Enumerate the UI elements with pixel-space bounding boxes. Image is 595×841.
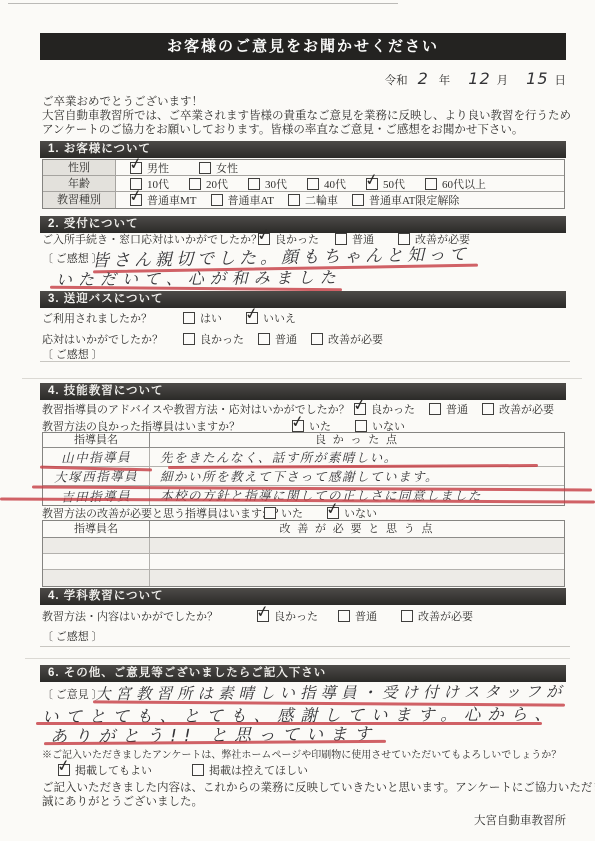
customer-info-table: 性別 男性 女性 年齢 10代 20代 30代 40代 50代 60代以上 教習… — [42, 159, 565, 209]
intro-line-1: ご卒業おめでとうございます！ — [42, 95, 571, 109]
checkbox-icon[interactable] — [354, 403, 366, 415]
bus-service-question: 応対はいかがでしたか？ 良かった 普通 改善が必要 — [42, 331, 383, 347]
section-header-customer: 1. お客様について — [40, 141, 566, 158]
checkbox-icon[interactable] — [183, 333, 195, 345]
checkbox-icon[interactable] — [189, 178, 201, 190]
intro-line-2: 大宮自動車教習所では、ご卒業されます皆様の貴重なご意見を業務に反映し、より良い教… — [42, 109, 571, 123]
checkbox-icon[interactable] — [311, 333, 323, 345]
bus-used-question: ご利用されましたか？ はい いいえ — [42, 310, 296, 326]
checkbox-icon[interactable] — [429, 403, 441, 415]
table-row-empty[interactable] — [43, 570, 564, 586]
academic-question: 教習方法・内容はいかがでしたか？ 良かった 普通 改善が必要 — [42, 608, 473, 624]
improve-instructor-label: 教習方法の改善が必要と思う指導員はいますか？ — [42, 505, 264, 521]
checkbox-icon[interactable] — [130, 162, 142, 174]
option-skill-improve[interactable]: 改善が必要 — [482, 401, 554, 417]
scanned-questionnaire-page: お客様のご意見をお聞かせください 令和 2 年 12 月 15 日 ご卒業おめで… — [0, 0, 595, 841]
scan-artifact-line — [8, 3, 398, 4]
date-day-unit: 日 — [555, 72, 567, 88]
intro-paragraph: ご卒業おめでとうございます！ 大宮自動車教習所では、ご卒業されます皆様の貴重なご… — [42, 95, 571, 137]
checkbox-icon[interactable] — [366, 178, 378, 190]
school-signature: 大宮自動車教習所 — [380, 812, 566, 828]
option-academic-normal[interactable]: 普通 — [338, 608, 377, 624]
option-age-20s[interactable]: 20代 — [189, 176, 228, 192]
date-month-unit: 月 — [497, 72, 509, 88]
checkbox-icon[interactable] — [288, 194, 300, 206]
column-header-instructor-name: 指導員名 — [43, 521, 150, 537]
improve-instructor-question: 教習方法の改善が必要と思う指導員はいますか？ いた いない — [42, 505, 377, 521]
option-academic-improve[interactable]: 改善が必要 — [401, 608, 473, 624]
option-skill-normal[interactable]: 普通 — [429, 401, 468, 417]
good-point-handwriting: 先をきたんなく、話す所が素晴しい。 — [160, 450, 398, 465]
checkbox-icon[interactable] — [264, 507, 276, 519]
column-header-instructor-name: 指導員名 — [43, 433, 150, 447]
checkbox-icon[interactable] — [327, 507, 339, 519]
checkbox-icon[interactable] — [352, 194, 364, 206]
date-year-value[interactable]: 2 — [418, 69, 429, 88]
section-header-shuttle-bus: 3. 送迎バスについて — [40, 291, 566, 308]
checkbox-icon[interactable] — [211, 194, 223, 206]
row-label-age: 年齢 — [43, 176, 116, 191]
option-publish-no[interactable]: 掲載は控えてほしい — [192, 762, 308, 778]
checkbox-icon[interactable] — [292, 420, 304, 432]
checkbox-icon[interactable] — [192, 764, 204, 776]
checkbox-icon[interactable] — [258, 333, 270, 345]
comment-blank-line[interactable] — [40, 361, 570, 362]
academic-comment-label: 〔 ご感想 〕 — [42, 628, 103, 644]
option-age-50s[interactable]: 50代 — [366, 176, 405, 192]
publish-permission-options: 掲載してもよい 掲載は控えてほしい — [58, 762, 308, 778]
checkbox-icon[interactable] — [307, 178, 319, 190]
table-header-row: 指導員名 改 善 が 必 要 と 思 う 点 — [43, 521, 564, 538]
table-row-empty[interactable] — [43, 538, 564, 554]
checkbox-icon[interactable] — [338, 610, 350, 622]
section-header-academic-training: 4. 学科教習について — [40, 588, 566, 605]
option-male[interactable]: 男性 — [130, 160, 169, 176]
option-improve-instructor-yes[interactable]: いた — [264, 505, 303, 521]
column-header-good-points: 良 か っ た 点 — [150, 433, 564, 447]
bus-comment-label: 〔 ご感想 〕 — [42, 346, 103, 362]
footer-paragraph: ご記入いただきました内容は、これからの業務に反映していきたいと思います。アンケー… — [42, 781, 595, 809]
checkbox-icon[interactable] — [482, 403, 494, 415]
checkbox-icon[interactable] — [246, 312, 258, 324]
option-bus-yes[interactable]: はい — [183, 310, 222, 326]
date-era-label: 令和 — [385, 72, 408, 88]
instructor-name-handwriting: 山中指導員 — [61, 447, 131, 466]
option-bus-no[interactable]: いいえ — [246, 310, 296, 326]
date-day-value[interactable]: 15 — [526, 69, 548, 88]
comment-blank-line[interactable] — [25, 658, 570, 659]
table-row-age: 年齢 10代 20代 30代 40代 50代 60代以上 — [43, 176, 564, 192]
bus-service-label: 応対はいかがでしたか？ — [42, 331, 183, 347]
option-age-60plus[interactable]: 60代以上 — [425, 176, 486, 192]
option-bus-normal[interactable]: 普通 — [258, 331, 297, 347]
checkbox-icon[interactable] — [248, 178, 260, 190]
checkbox-icon[interactable] — [130, 194, 142, 206]
publish-permission-question: ※ご記入いただきましたアンケートは、弊社ホームページや印刷物に使用させていただい… — [42, 749, 561, 763]
column-header-improve-points: 改 善 が 必 要 と 思 う 点 — [150, 521, 564, 537]
form-title-bar: お客様のご意見をお聞かせください — [40, 33, 566, 60]
section-header-skill-training: 4. 技能教習について — [40, 383, 566, 400]
row-label-gender: 性別 — [43, 160, 116, 175]
checkbox-icon[interactable] — [58, 764, 70, 776]
checkbox-icon[interactable] — [425, 178, 437, 190]
bus-used-label: ご利用されましたか？ — [42, 310, 183, 326]
checkbox-icon[interactable] — [355, 420, 367, 432]
option-bus-improve[interactable]: 改善が必要 — [311, 331, 383, 347]
option-at-limit-release[interactable]: 普通車AT限定解除 — [352, 192, 459, 208]
option-age-30s[interactable]: 30代 — [248, 176, 287, 192]
checkbox-icon[interactable] — [199, 162, 211, 174]
checkbox-icon[interactable] — [257, 610, 269, 622]
option-improve-instructor-no[interactable]: いない — [327, 505, 377, 521]
table-row-empty[interactable] — [43, 554, 564, 570]
option-skill-good[interactable]: 良かった — [354, 401, 415, 417]
option-car-mt[interactable]: 普通車MT — [130, 192, 197, 208]
option-academic-good[interactable]: 良かった — [257, 608, 318, 624]
intro-line-3: アンケートのご協力をお願いしております。皆様の率直なご意見・ご感想をお聞かせ下さ… — [42, 123, 571, 137]
table-row-course-type: 教習種別 普通車MT 普通車AT 二輪車 普通車AT限定解除 — [43, 192, 564, 208]
date-year-unit: 年 — [439, 72, 451, 88]
checkbox-icon[interactable] — [401, 610, 413, 622]
table-row-gender: 性別 男性 女性 — [43, 160, 564, 176]
skill-question-label: 教習指導員のアドバイスや教習方法・応対はいかがでしたか？ — [42, 401, 354, 417]
academic-question-label: 教習方法・内容はいかがでしたか？ — [42, 608, 257, 624]
row-label-course-type: 教習種別 — [43, 192, 116, 208]
option-car-at[interactable]: 普通車AT — [211, 192, 274, 208]
table-header-row: 指導員名 良 か っ た 点 — [43, 433, 564, 448]
improve-instructor-table: 指導員名 改 善 が 必 要 と 思 う 点 — [42, 520, 565, 587]
comment-blank-line[interactable] — [40, 646, 570, 647]
good-point-handwriting: 細かい所を教えて下さって感謝しています。 — [160, 469, 439, 484]
option-motorcycle[interactable]: 二輪車 — [288, 192, 338, 208]
date-line: 令和 2 年 12 月 15 日 — [300, 69, 566, 88]
date-month-value[interactable]: 12 — [468, 69, 490, 88]
comment-blank-line[interactable] — [22, 378, 582, 379]
footer-line-1: ご記入いただきました内容は、これからの業務に反映していきたいと思います。アンケー… — [42, 781, 595, 795]
checkbox-icon[interactable] — [183, 312, 195, 324]
footer-line-2: 誠にありがとうございました。 — [42, 795, 595, 809]
option-female[interactable]: 女性 — [199, 160, 238, 176]
option-publish-ok[interactable]: 掲載してもよい — [58, 762, 152, 778]
option-age-40s[interactable]: 40代 — [307, 176, 346, 192]
option-bus-good[interactable]: 良かった — [183, 331, 244, 347]
